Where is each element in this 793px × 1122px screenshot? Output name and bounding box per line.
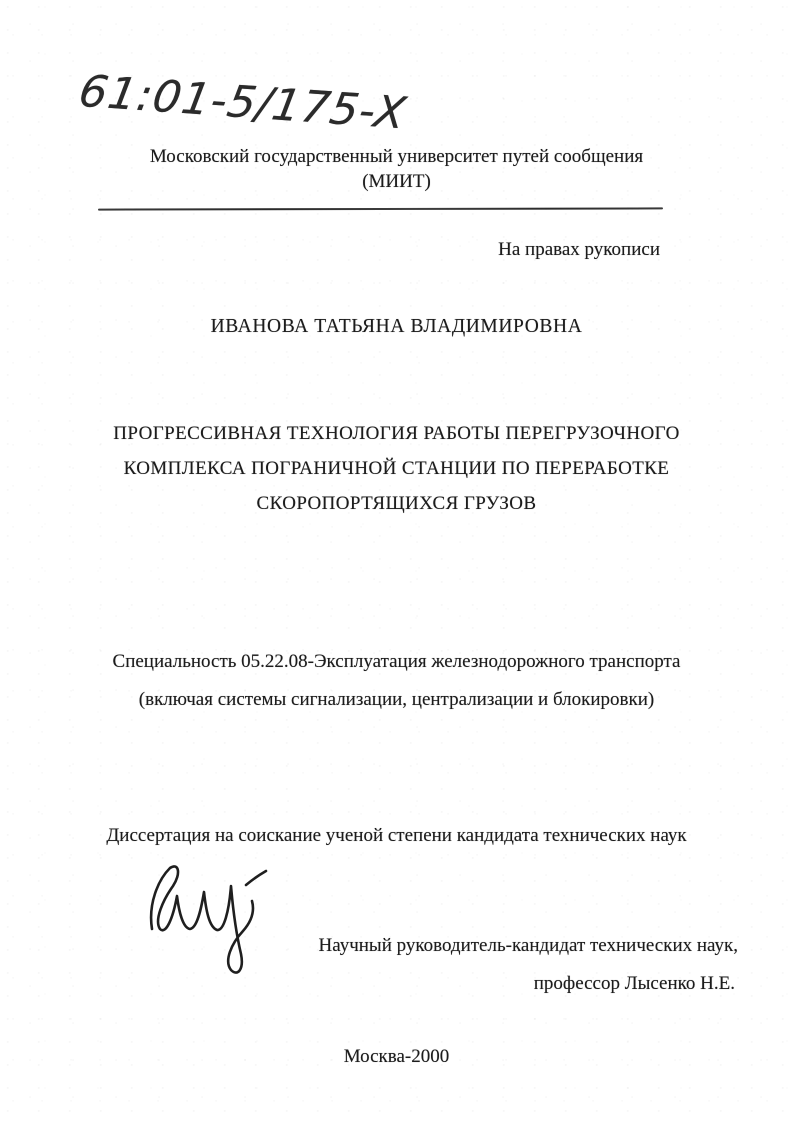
title-line-2: КОМПЛЕКСА ПОГРАНИЧНОЙ СТАНЦИИ ПО ПЕРЕРАБ… [0, 457, 793, 481]
author-name: ИВАНОВА ТАТЬЯНА ВЛАДИМИРОВНА [0, 315, 793, 339]
catalog-number-handwritten: 61:01-5/175-X [75, 66, 410, 139]
horizontal-rule [98, 207, 663, 210]
university-name: Московский государственный университет п… [0, 145, 793, 169]
advisor-title-line: Научный руководитель-кандидат технически… [319, 934, 738, 958]
manuscript-rights-note: На правах рукописи [498, 238, 660, 262]
signature-handwriting [130, 853, 280, 981]
thesis-statement: Диссертация на соискание ученой степени … [0, 824, 793, 848]
scanned-title-page: 61:01-5/175-X Московский государственный… [0, 0, 793, 1122]
advisor-name-line: профессор Лысенко Н.Е. [534, 972, 735, 996]
university-abbreviation: (МИИТ) [0, 170, 793, 194]
title-line-1: ПРОГРЕССИВНАЯ ТЕХНОЛОГИЯ РАБОТЫ ПЕРЕГРУЗ… [0, 422, 793, 446]
title-line-3: СКОРОПОРТЯЩИХСЯ ГРУЗОВ [0, 492, 793, 516]
signature-main-stroke [151, 866, 253, 972]
signature-flourish-stroke [246, 871, 266, 885]
city-and-year: Москва-2000 [0, 1045, 793, 1069]
specialty-subtitle-line: (включая системы сигнализации, централиз… [0, 688, 793, 712]
specialty-code-line: Специальность 05.22.08-Эксплуатация желе… [0, 650, 793, 674]
